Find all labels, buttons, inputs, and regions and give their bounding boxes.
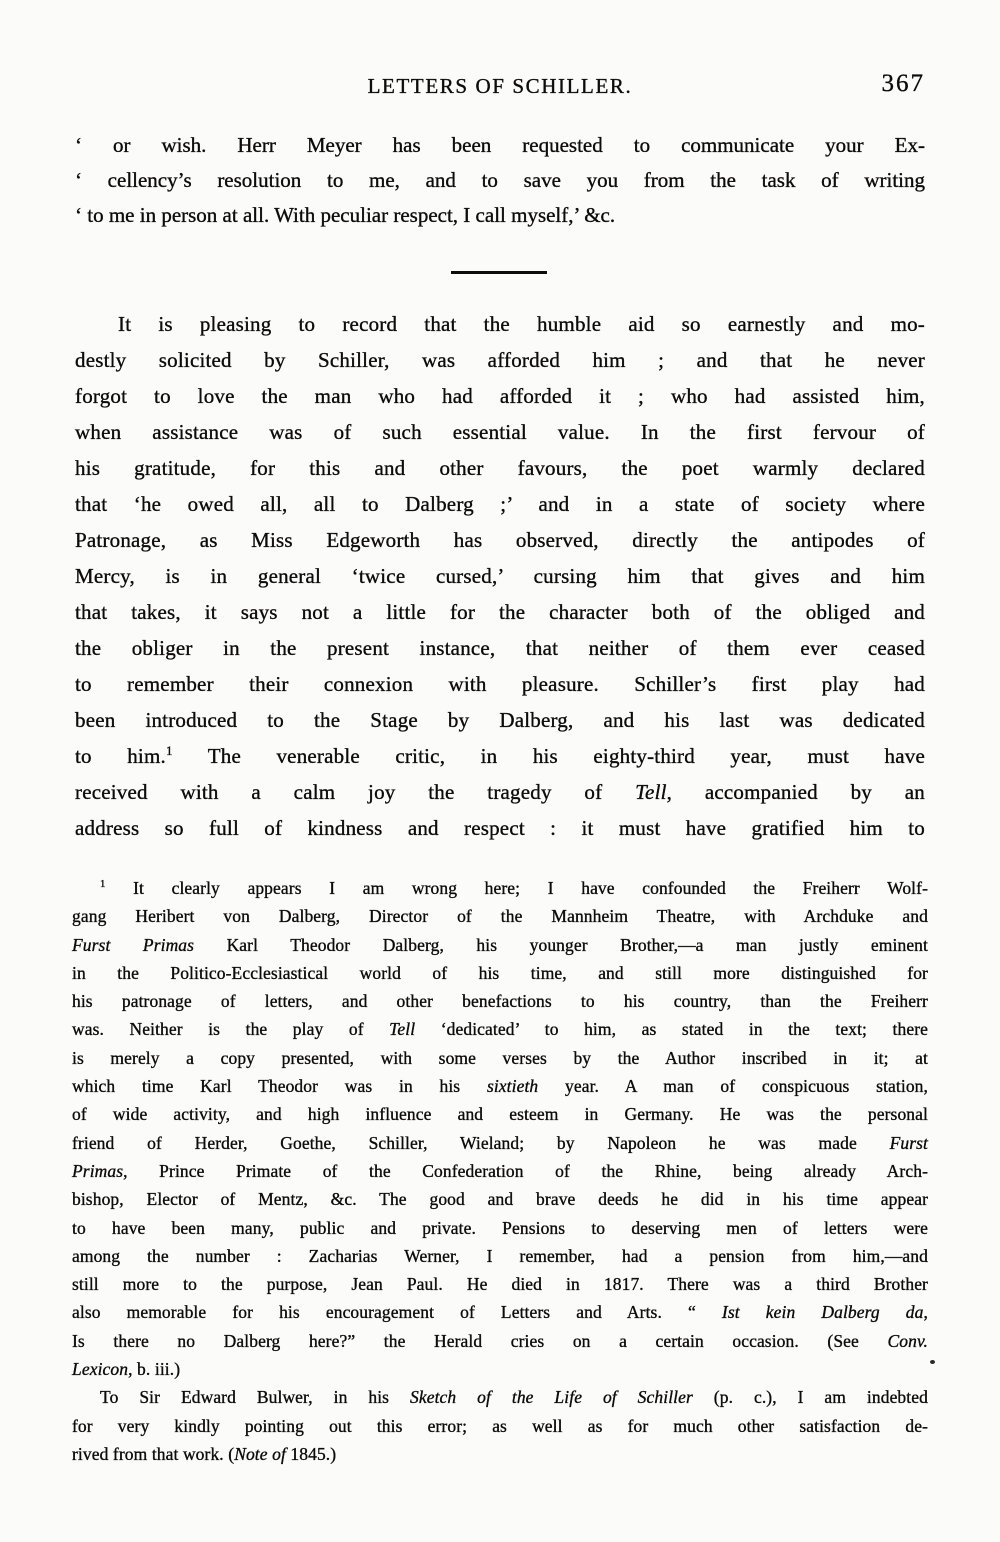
book-page-scan: LETTERS OF SCHILLER. 367 ‘ or wish. Herr… — [0, 0, 1000, 1542]
text-line: forgot to love the man who had afforded … — [75, 378, 925, 414]
page-number: 367 — [882, 70, 926, 98]
text-line: Lexicon, b. iii.) — [72, 1355, 928, 1383]
page-title: LETTERS OF SCHILLER. — [75, 74, 925, 99]
text-line: rived from that work. (Note of 1845.) — [72, 1440, 928, 1468]
text-line: bishop, Elector of Mentz, &c. The good a… — [72, 1185, 928, 1213]
text-line: also memorable for his encouragement of … — [72, 1298, 928, 1326]
text-line: received with a calm joy the tragedy of … — [75, 774, 925, 810]
text-line: Primas, Prince Primate of the Confederat… — [72, 1157, 928, 1185]
text-line: that ‘he owed all, all to Dalberg ;’ and… — [75, 486, 925, 522]
text-line: Is there no Dalberg here?” the Herald cr… — [72, 1327, 928, 1355]
text-line: among the number : Zacharias Werner, I r… — [72, 1242, 928, 1270]
text-line: the obliger in the present instance, tha… — [75, 630, 925, 666]
text-line: is merely a copy presented, with some ve… — [72, 1044, 928, 1072]
text-line: ‘ cellency’s resolution to me, and to sa… — [75, 163, 925, 198]
text-line: It is pleasing to record that the humble… — [75, 306, 925, 342]
footnote: 1 It clearly appears I am wrong here; I … — [72, 874, 928, 1468]
running-header: LETTERS OF SCHILLER. 367 — [75, 74, 925, 106]
text-line: to have been many, public and private. P… — [72, 1214, 928, 1242]
text-line: of wide activity, and high influence and… — [72, 1100, 928, 1128]
text-line: that takes, it says not a little for the… — [75, 594, 925, 630]
text-line: destly solicited by Schiller, was afford… — [75, 342, 925, 378]
text-line: Furst Primas Karl Theodor Dalberg, his y… — [72, 931, 928, 959]
text-line: address so full of kindness and respect … — [75, 810, 925, 846]
body-paragraph: It is pleasing to record that the humble… — [75, 306, 925, 846]
text-line: in the Politico-Ecclesiastical world of … — [72, 959, 928, 987]
text-line: which time Karl Theodor was in his sixti… — [72, 1072, 928, 1100]
text-line: Patronage, as Miss Edgeworth has observe… — [75, 522, 925, 558]
text-line: ‘ or wish. Herr Meyer has been requested… — [75, 128, 925, 163]
text-line: been introduced to the Stage by Dalberg,… — [75, 702, 925, 738]
text-line: when assistance was of such essential va… — [75, 414, 925, 450]
text-line: to him.1 The venerable critic, in his ei… — [75, 738, 925, 774]
text-line: for very kindly pointing out this error;… — [72, 1412, 928, 1440]
text-line: was. Neither is the play of Tell ‘dedica… — [72, 1015, 928, 1043]
text-line: Mercy, is in general ‘twice cursed,’ cur… — [75, 558, 925, 594]
text-line: his gratitude, for this and other favour… — [75, 450, 925, 486]
text-line: 1 It clearly appears I am wrong here; I … — [72, 874, 928, 902]
text-line: to remember their connexion with pleasur… — [75, 666, 925, 702]
text-line: friend of Herder, Goethe, Schiller, Wiel… — [72, 1129, 928, 1157]
text-line: ‘ to me in person at all. With peculiar … — [75, 198, 925, 233]
text-line: still more to the purpose, Jean Paul. He… — [72, 1270, 928, 1298]
text-line: his patronage of letters, and other bene… — [72, 987, 928, 1015]
letter-excerpt-paragraph: ‘ or wish. Herr Meyer has been requested… — [75, 128, 925, 233]
scan-speck-artifact — [930, 1360, 935, 1364]
text-line: To Sir Edward Bulwer, in his Sketch of t… — [72, 1383, 928, 1411]
text-line: gang Heribert von Dalberg, Director of t… — [72, 902, 928, 930]
section-divider-rule — [451, 271, 547, 274]
